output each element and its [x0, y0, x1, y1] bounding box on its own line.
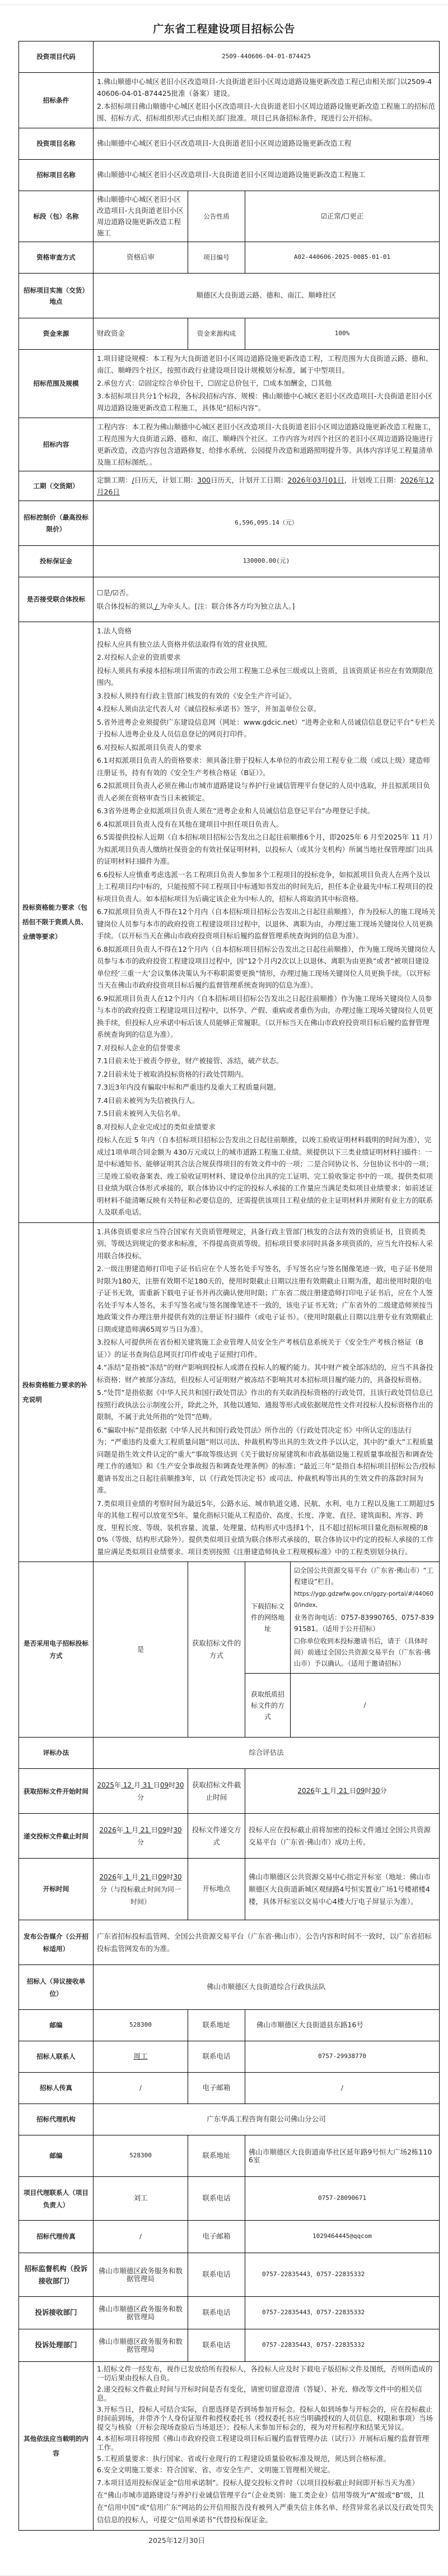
qual-line: 7.5目前未被列入失信名单。: [97, 1108, 436, 1120]
label: 招标人联系人: [19, 2041, 94, 2073]
label: 电子邮箱: [188, 2073, 245, 2104]
download-address-value: ☑全国公共资源交易平台（广东省·佛山市）“工程建设”栏目。 https://yg…: [291, 1562, 440, 1674]
day: 21: [337, 1787, 349, 1795]
funding-source-value: 财政资金: [94, 318, 188, 350]
other-line: 5.工程质量要求：执行国家、省或行业现行的工程建设质量验收标准及规范，须达到合格…: [97, 2454, 436, 2463]
lead-party: /: [153, 602, 160, 610]
label: 联系地址: [188, 2135, 245, 2177]
agency-email-value: 1029464445@qqcom: [245, 2221, 440, 2253]
electronic-value: 是: [94, 1562, 188, 1738]
label: 邮编: [19, 2010, 94, 2041]
month: 1: [123, 1873, 132, 1881]
row-qualification: 投标资格能力要求（包括但不限于资质人员、业绩等要求） 1.法人资格 投标人应具有…: [19, 622, 440, 1223]
qual-line: 6.7拟派项目负责人不得在12个月内（自本招标项目招标公告发出之日起往前顺推），…: [97, 906, 436, 942]
label: 获取招标文件的方式: [188, 1562, 245, 1738]
conditions-value: 1.佛山顺德中心城区老旧小区改造项目-大良街道老旧小区周边道路设施更新改造工程已…: [94, 73, 440, 128]
media-value: 广东省招标投标监管网、全国公共资源交易平台（广东省·佛山市）。公告内容和时间不一…: [94, 1920, 440, 1965]
label: 资金来源构成: [188, 318, 245, 350]
qual-line: 7.2目前未处于被取消投标资格的行政处罚期内。: [97, 1068, 436, 1081]
qual-line: 7.1目前未处于被责令停业，财产被接管、冻结，破产状态。: [97, 1055, 436, 1067]
conditions-line: 2.本招标项目佛山顺德中心城区老旧小区改造项目-大良街道老旧小区周边道路设施更新…: [97, 100, 436, 124]
funding-composition-value: 100%: [245, 318, 440, 350]
complaint-handle-value: 佛山市顺德区政务服务和数据管理局: [94, 2329, 188, 2362]
investment-code-value: 2509-440606-04-01-874425: [94, 41, 440, 73]
year: 2026: [99, 1873, 116, 1881]
label: 投诉接收部门: [19, 2297, 94, 2329]
submit-deadline-value: 2026年 1 月 21 日09时30分: [94, 1814, 188, 1859]
consortium-lead: 联合体投标的须以 / 为牵头人。[注：联合体各方均为独立法人。]: [97, 600, 436, 613]
tender-name-value: 佛山顺德中心城区老旧小区改造项目-大良街道老旧小区周边道路设施更新改造工程施工: [94, 160, 440, 191]
supp-line: 4.“冻结”是指被“冻结”的财产影响到投标人或潜在投标人的履约能力。其中财产被全…: [97, 1361, 436, 1386]
complaint-receive-phone-value: 0757-22835443，0757-22835332: [245, 2297, 440, 2329]
scope-line: 2.承包方式：☑固定综合单价包干，☐固定总价包干，☐成本加酬金，☐其他: [97, 377, 436, 389]
row-other: 其他依法应当载明的内容 1.招标文件一经发布，视作已发放给所有投标人，各投标人应…: [19, 2362, 440, 2531]
page-title: 广东省工程建设项目招标公告: [0, 21, 448, 36]
label: 项目编号: [188, 242, 245, 274]
qual-line: 7.3近3年内没有骗取中标和严重违约及重大工程质量问题。: [97, 1081, 436, 1094]
label: 资格审查方式: [19, 242, 94, 274]
label: 获取纸质招标文件的方式: [245, 1674, 291, 1738]
supp-line: 3.投标人可提供所在省份相关建筑施工企业管理人员安全生产考核信息系统关于《安全生…: [97, 1336, 436, 1360]
label: 邮编: [19, 2135, 94, 2177]
qual-line: 6.1对拟派项目负责人的资格要求：须具备注册于投标人本单位的市政公用工程专业二级…: [97, 754, 436, 779]
label: 招标代理机构: [19, 2104, 94, 2135]
consortium-option: ☐是/☑否。: [97, 586, 436, 600]
period-value: 定额工期：/日历天，计划工期：300日历天，计划开工日期：2026年03月01日…: [94, 471, 440, 501]
tenderer-fax-value: /: [94, 2073, 188, 2104]
qual-line: 4.投标人须由法定代表人对《诚信投标承诺书》签字，并加盖单位公章。: [97, 703, 436, 715]
label: 投资项目代码: [19, 41, 94, 73]
qual-line: 7.4目前未被列为失信被执行人。: [97, 1095, 436, 1107]
label: 投标文件递交方式: [188, 1814, 245, 1859]
label: 投诉处理部门: [19, 2329, 94, 2362]
row-complaint-handle: 投诉处理部门 佛山市顺德区政务服务和数据管理局 联系电话 0757-228354…: [19, 2329, 440, 2362]
submit-method-value: 投标人应在投标截止前将加密的投标文件通过全国公共资源交易平台（广东省·佛山市）成…: [245, 1814, 440, 1859]
obtain-end-value: 2026年 1 月 21 日09时30分: [245, 1769, 440, 1814]
deposit-value: 130000.00(元): [94, 546, 440, 577]
label: 投标保证金: [19, 546, 94, 577]
hour: 09: [160, 1781, 169, 1789]
qual-line: 3.投标人须持有行政主管部门核发的有效的《安全生产许可证》。: [97, 690, 436, 702]
tenderer-postcode-value: 528300: [94, 2010, 188, 2041]
label: 开标时间: [19, 1859, 94, 1920]
label: 招标条件: [19, 73, 94, 128]
row-agency-postcode: 邮编 528300 联系地址 佛山市顺德区大良街道南华社区延年路9号恒大广场2栋…: [19, 2135, 440, 2177]
download-url-link[interactable]: https://ygp.gdzwfw.gov.cn/ggzy-portal/#/…: [294, 1588, 436, 1611]
qual-line: 8.对投标人企业完成过的类似业绩要求: [97, 1121, 436, 1133]
row-period: 工期（交货期） 定额工期：/日历天，计划工期：300日历天，计划开工日期：202…: [19, 471, 440, 501]
row-investment-name: 投资项目名称 佛山顺德中心城区老旧小区改造项目-大良街道老旧小区周边道路设施更新…: [19, 128, 440, 160]
row-supervisor: 招标监督机构（投诉接收部门） 佛山市顺德区政务服务和数据管理局 联系电话 075…: [19, 2253, 440, 2297]
supplement-value: 1.具体资质要求应当符合国家有关资质管理规定，具备行政主管部门核发的合法有效的资…: [94, 1222, 440, 1562]
row-content: 招标内容 工程内容：本工程为佛山顺德中心城区老旧小区改造项目-大良街道老旧小区周…: [19, 418, 440, 471]
text: 联合体投标的须以: [97, 602, 153, 610]
hour: 09: [158, 1873, 166, 1881]
label: 标段（包）名称: [19, 191, 94, 242]
tenderer-contact-value: 周工: [94, 2041, 188, 2073]
plan-days: 300: [197, 476, 211, 484]
label: 公告性质: [188, 191, 245, 242]
investment-name-value: 佛山顺德中心城区老旧小区改造项目-大良街道老旧小区周边道路设施更新改造工程: [94, 128, 440, 160]
row-submit-time: 递交投标文件截止时间 2026年 1 月 21 日09时30分 投标文件递交方式…: [19, 1814, 440, 1859]
minute: 30: [173, 1826, 181, 1834]
tenderer-value: 佛山市顺德区大良街道综合行政执法队: [94, 1965, 440, 2010]
supp-line: 5.“处罚”是指依据《中华人民共和国行政处罚法》作出的有关取消投标资格的行政处罚…: [97, 1387, 436, 1423]
bottom-divider: [0, 2559, 448, 2576]
download-line: 业务咨询电话：0757-83990765、0757-83991581。（适用于公…: [294, 1612, 436, 1634]
other-line: 4.本招标项目将按照《佛山市政府投资工程建设项目标后履约监督管理办法（试行）》开…: [97, 2434, 436, 2452]
other-line: 7.本项目适用投标保证金“信用承诺制”。投标人提交投标文件时（以项目投标截止时间…: [97, 2477, 436, 2526]
other-line: 3.开标当日，投标人可结合实际，自愿选择是否到场参加开标会。投标人如到场参与开标…: [97, 2405, 436, 2432]
label: 招标项目名称: [19, 160, 94, 191]
tenderer-email-value: /: [245, 2073, 440, 2104]
agency-postcode-value: 528300: [94, 2135, 188, 2177]
label: 投标资格能力要求（包括但不限于资质人员、业绩等要求）: [19, 622, 94, 1223]
hour: 09: [158, 1826, 166, 1834]
qual-line: 投标人在近 5 年内（自本招标项目招标公告发出之日起往前顺推，以竣工验收证明材料…: [97, 1134, 436, 1218]
row-opening: 开标时间 2026年 1 月 21 日09时30分（与投标截止时间为同一时间） …: [19, 1859, 440, 1920]
minute: 30: [371, 1787, 380, 1795]
row-complaint-receive: 投诉接收部门 佛山市顺德区政务服务和数据管理局 联系电话 0757-228354…: [19, 2297, 440, 2329]
label: 获取招标文件截止时间: [188, 1769, 245, 1814]
label: 发布公告媒介（公开招标适用）: [19, 1920, 94, 1965]
label: 联系电话: [188, 2253, 245, 2297]
row-supplement: 投标资格能力要求的补充说明 1.具体资质要求应当符合国家有关资质管理规定，具备行…: [19, 1222, 440, 1562]
label: 招标控制价（最高投标限价）: [19, 501, 94, 546]
year: 2026: [297, 1787, 315, 1795]
qual-line: 6.5需提供投标人近期（自本招标项目招标公告发出之日起往前顺推6个月，即2025…: [97, 831, 436, 868]
supp-line: 7.类似项目业绩的考察时间为最近5年，公路水运、城市轨道交通、民航、水利、电力工…: [97, 1498, 436, 1558]
row-agency-contact: 项目代理联系人（项目负责人） 刘工 联系电话 0757-28090671: [19, 2177, 440, 2221]
supervisor-phone-value: 0757-22835443，0757-22835332: [245, 2253, 440, 2297]
agency-phone-value: 0757-28090671: [245, 2177, 440, 2221]
start-date: 2026年03月01日: [288, 476, 344, 484]
other-line: 6.安全文明施工要求：符合国家、省、市安全生产、文明施工管理相关规定。: [97, 2466, 436, 2475]
hour: 09: [356, 1787, 365, 1795]
location-value: 顺德区大良街道云路、德和、南江、顺峰社区: [94, 274, 440, 318]
row-scope: 招标范围及规模 1.项目建设规模：本工程为大良街道老旧小区周边道路设施更新改造工…: [19, 350, 440, 418]
label: 招标内容: [19, 418, 94, 471]
label: 开标地点: [188, 1859, 245, 1920]
text: ，计划竣工日期：: [344, 476, 400, 484]
review-method-value: 资格后审: [94, 242, 188, 274]
scope-line: 3.本招标项目共分1个标段，各标段招标内容、规模：佛山顺德中心城区老旧小区改造项…: [97, 390, 436, 414]
scope-value: 1.项目建设规模：本工程为大良街道老旧小区周边道路设施更新改造工程，工程范围为大…: [94, 350, 440, 418]
qual-line: 7.对投标人企业的信誉要求: [97, 1042, 436, 1054]
row-tenderer-contact: 招标人联系人 周工 联系电话 0757-29938770: [19, 2041, 440, 2073]
label: 资金来源: [19, 318, 94, 350]
supp-line: 2.一级注册建造师打印电子证书后应在个人签名处手写签名，手写签名应与签名图像笔迹…: [97, 1263, 436, 1335]
row-conditions: 招标条件 1.佛山顺德中心城区老旧小区改造项目-大良街道老旧小区周边道路设施更新…: [19, 73, 440, 128]
label: 联系电话: [188, 2297, 245, 2329]
text: 为牵头人。[注：联合体各方均为独立法人。]: [160, 602, 295, 610]
qual-line: 6.4拟派项目负责人没有在其他在建项目中担任项目负责人。: [97, 818, 436, 831]
day: 21: [138, 1826, 151, 1834]
download-line: ☑全国公共资源交易平台（广东省·佛山市）“工程建设”栏目。: [294, 1565, 436, 1587]
row-electronic-download: 是否采用电子招标投标方式 是 获取招标文件的方式 下载招标文件的网络地址 ☑全国…: [19, 1562, 440, 1674]
publish-date: 2025年12月30日: [148, 2535, 448, 2545]
complaint-handle-phone-value: 0757-22835443，0757-22835332: [245, 2329, 440, 2362]
qual-line: 6.2拟派项目负责人必须在佛山市城市道路建设与养护行业诚信管理平台登记的人员中选…: [97, 780, 436, 804]
row-section: 标段（包）名称 佛山顺德中心城区老旧小区改造项目-大良街道老旧小区周边道路设施更…: [19, 191, 440, 242]
row-funding: 资金来源 财政资金 资金来源构成 100%: [19, 318, 440, 350]
label: 招标代理传真: [19, 2221, 94, 2253]
agency-contact-value: 刘工: [94, 2177, 188, 2221]
section-name-value: 佛山顺德中心城区老旧小区改造项目-大良街道老旧小区周边道路设施更新改造工程施工: [94, 191, 188, 242]
label: 招标人传真: [19, 2073, 94, 2104]
label: 是否采用电子招标投标方式: [19, 1562, 94, 1738]
row-tenderer-postcode: 邮编 528300 联系地址 佛山市顺德区大良街道县东路16号: [19, 2010, 440, 2041]
qualification-value: 1.法人资格 投标人应具有独立法人资格并依法取得有效的营业执照。 2.对投标人企…: [94, 622, 440, 1223]
month: 12: [121, 1781, 134, 1789]
row-control-price: 招标控制价（最高投标限价） 6,596,095.14（元）: [19, 501, 440, 546]
row-agency: 招标代理机构 广东华禹工程咨询有限公司佛山分公司: [19, 2104, 440, 2135]
qual-line: 6.3省外进粤企业拟派项目负责人须在“进粤企业和人员诚信信息登记平台”办理登记手…: [97, 805, 436, 817]
supp-line: 1.具体资质要求应当符合国家有关资质管理规定，具备行政主管部门核发的合法有效的资…: [97, 1226, 436, 1262]
text: 日历天，计划开工日期：: [211, 476, 288, 484]
row-deposit: 投标保证金 130000.00(元): [19, 546, 440, 577]
qual-line: 5.省外进粤企业须提供广东建设信息网（网址：www.gdcic.net）“进粤企…: [97, 716, 436, 740]
month: 1: [321, 1787, 330, 1795]
row-tenderer-fax: 招标人传真 / 电子邮箱 /: [19, 2073, 440, 2104]
label: 招标人（异议接收单位）: [19, 1965, 94, 2010]
qual-line: 6.对投标人拟派项目负责人的要求: [97, 742, 436, 754]
opening-time-value: 2026年 1 月 21 日09时30分（与投标截止时间为同一时间）: [94, 1859, 188, 1920]
label: 电子邮箱: [188, 2221, 245, 2253]
agency-address-value: 佛山市顺德区大良街道南华社区延年路9号恒大广场2栋1106室: [245, 2135, 440, 2177]
control-price-value: 6,596,095.14（元）: [94, 501, 440, 546]
year: 2025: [97, 1781, 115, 1789]
opening-place-value: 佛山市顺德区公共资源交易中心指定开标室（地址：佛山市顺德区大良街道新城区观绿路4…: [245, 1859, 440, 1920]
label: 联系电话: [188, 2177, 245, 2221]
label: 其他依法应当载明的内容: [19, 2362, 94, 2531]
label: 联系地址: [188, 2010, 245, 2041]
consortium-value: ☐是/☑否。 联合体投标的须以 / 为牵头人。[注：联合体各方均为独立法人。]: [94, 577, 440, 622]
tenderer-phone-value: 0757-29938770: [245, 2041, 440, 2073]
other-line: 2.递交投标文件截止时间与开标时间是否有变化，请密切留意澄清（答疑）、补充、修改…: [97, 2385, 436, 2403]
supp-line: 6.“骗取中标”是指依据《中华人民共和国行政处罚法》所作出的《行政处罚决定书》中…: [97, 1424, 436, 1497]
qual-line: 6.8拟派项目负责人不得在12个月内（自本招标项目招标公告发出之日起往前顺推），…: [97, 943, 436, 992]
minute: 30: [173, 1873, 181, 1881]
scope-line: 1.项目建设规模：本工程为大良街道老旧小区周边道路设施更新改造工程，工程范围为大…: [97, 353, 436, 376]
other-line: 1.招标文件一经发布，视作已发放给所有投标人，各投标人应及时下载电子版招标文件及…: [97, 2365, 436, 2383]
agency-value: 广东华禹工程咨询有限公司佛山分公司: [94, 2104, 440, 2135]
label: 招标项目实施（交货）地点: [19, 274, 94, 318]
agency-fax-value: /: [94, 2221, 188, 2253]
label: 是否接受联合体投标: [19, 577, 94, 622]
evaluation-value: 综合评估法: [94, 1738, 440, 1769]
label: 联系电话: [188, 2041, 245, 2073]
label: 招标范围及规模: [19, 350, 94, 418]
other-value: 1.招标文件一经发布，视作已发放给所有投标人，各投标人应及时下载电子版招标文件及…: [94, 2362, 440, 2531]
label: 投资项目名称: [19, 128, 94, 160]
label: 项目代理联系人（项目负责人）: [19, 2177, 94, 2221]
label: 下载招标文件的网络地址: [245, 1562, 291, 1674]
month: 1: [123, 1826, 132, 1834]
label: 评标办法: [19, 1738, 94, 1769]
year: 2026: [99, 1826, 116, 1834]
row-location: 招标项目实施（交货）地点 顺德区大良街道云路、德和、南江、顺峰社区: [19, 274, 440, 318]
qual-line: 6.9拟派项目负责人在12个月内（自本招标项目招标公告发出之日起往前顺推）作为施…: [97, 993, 436, 1041]
content-value: 工程内容：本工程为佛山顺德中心城区老旧小区改造项目-大良街道老旧小区周边道路设施…: [94, 418, 440, 471]
obtain-start-value: 2025年 12 月 31 日09时30分: [94, 1769, 188, 1814]
download-line: ☐你单位收到本投标邀请书后，请于（具体时间）前通过全国公共资源交易平台（广东省·…: [294, 1636, 436, 1669]
row-media: 发布公告媒介（公开招标适用） 广东省招标投标监管网、全国公共资源交易平台（广东省…: [19, 1920, 440, 1965]
paper-method-value: /: [291, 1674, 440, 1738]
conditions-line: 1.佛山顺德中心城区老旧小区改造项目-大良街道老旧小区周边道路设施更新改造工程已…: [97, 76, 436, 99]
label: 递交投标文件截止时间: [19, 1814, 94, 1859]
supervisor-value: 佛山市顺德区政务服务和数据管理局: [94, 2253, 188, 2297]
opening-note: （与投标截止时间为同一时间）: [107, 1885, 181, 1906]
minute: 30: [175, 1781, 184, 1789]
complaint-receive-value: 佛山市顺德区政务服务和数据管理局: [94, 2297, 188, 2329]
row-consortium: 是否接受联合体投标 ☐是/☑否。 联合体投标的须以 / 为牵头人。[注：联合体各…: [19, 577, 440, 622]
label: 投标资格能力要求的补充说明: [19, 1222, 94, 1562]
label: 联系电话: [188, 2329, 245, 2362]
text: 日历天，计划工期：: [134, 476, 198, 484]
text: 定额工期：: [97, 476, 132, 484]
row-agency-fax: 招标代理传真 / 电子邮箱 1029464445@qqcom: [19, 2221, 440, 2253]
notice-nature-value: ☑正常/☐更正: [245, 191, 440, 242]
qual-line: 2.对投标人企业的资质要求: [97, 651, 436, 664]
row-obtain-time: 获取招标文件开始时间 2025年 12 月 31 日09时30分 获取招标文件截…: [19, 1769, 440, 1814]
qual-line: 6.6投标人应慎重考虑选派一名工程项目负责人参加多个工程项目的投标竞争，如拟派项…: [97, 869, 436, 905]
label: 获取招标文件开始时间: [19, 1769, 94, 1814]
day: 31: [141, 1781, 153, 1789]
tenderer-address-value: 佛山市顺德区大良街道县东路16号: [245, 2010, 440, 2041]
label: 工期（交货期）: [19, 471, 94, 501]
row-tenderer: 招标人（异议接收单位） 佛山市顺德区大良街道综合行政执法队: [19, 1965, 440, 2010]
day: 21: [138, 1873, 151, 1881]
qual-line: 投标人须具有承接本招标项目所需的市政公用工程施工总承包三级或以上资质，且该资质证…: [97, 665, 436, 689]
qual-line: 1.法人资格: [97, 625, 436, 637]
row-investment-code: 投资项目代码 2509-440606-04-01-874425: [19, 41, 440, 73]
label: 招标监督机构（投诉接收部门）: [19, 2253, 94, 2297]
row-tender-name: 招标项目名称 佛山顺德中心城区老旧小区改造项目-大良街道老旧小区周边道路设施更新…: [19, 160, 440, 191]
row-review: 资格审查方式 资格后审 项目编号 A02-440606-2025-0085-01…: [19, 242, 440, 274]
row-evaluation: 评标办法 综合评估法: [19, 1738, 440, 1769]
project-code-value: A02-440606-2025-0085-01-01: [245, 242, 440, 274]
qual-line: 投标人应具有独立法人资格并依法取得有效的营业执照。: [97, 638, 436, 651]
notice-table: 投资项目代码 2509-440606-04-01-874425 招标条件 1.佛…: [18, 41, 440, 2531]
top-divider: [0, 0, 448, 5]
